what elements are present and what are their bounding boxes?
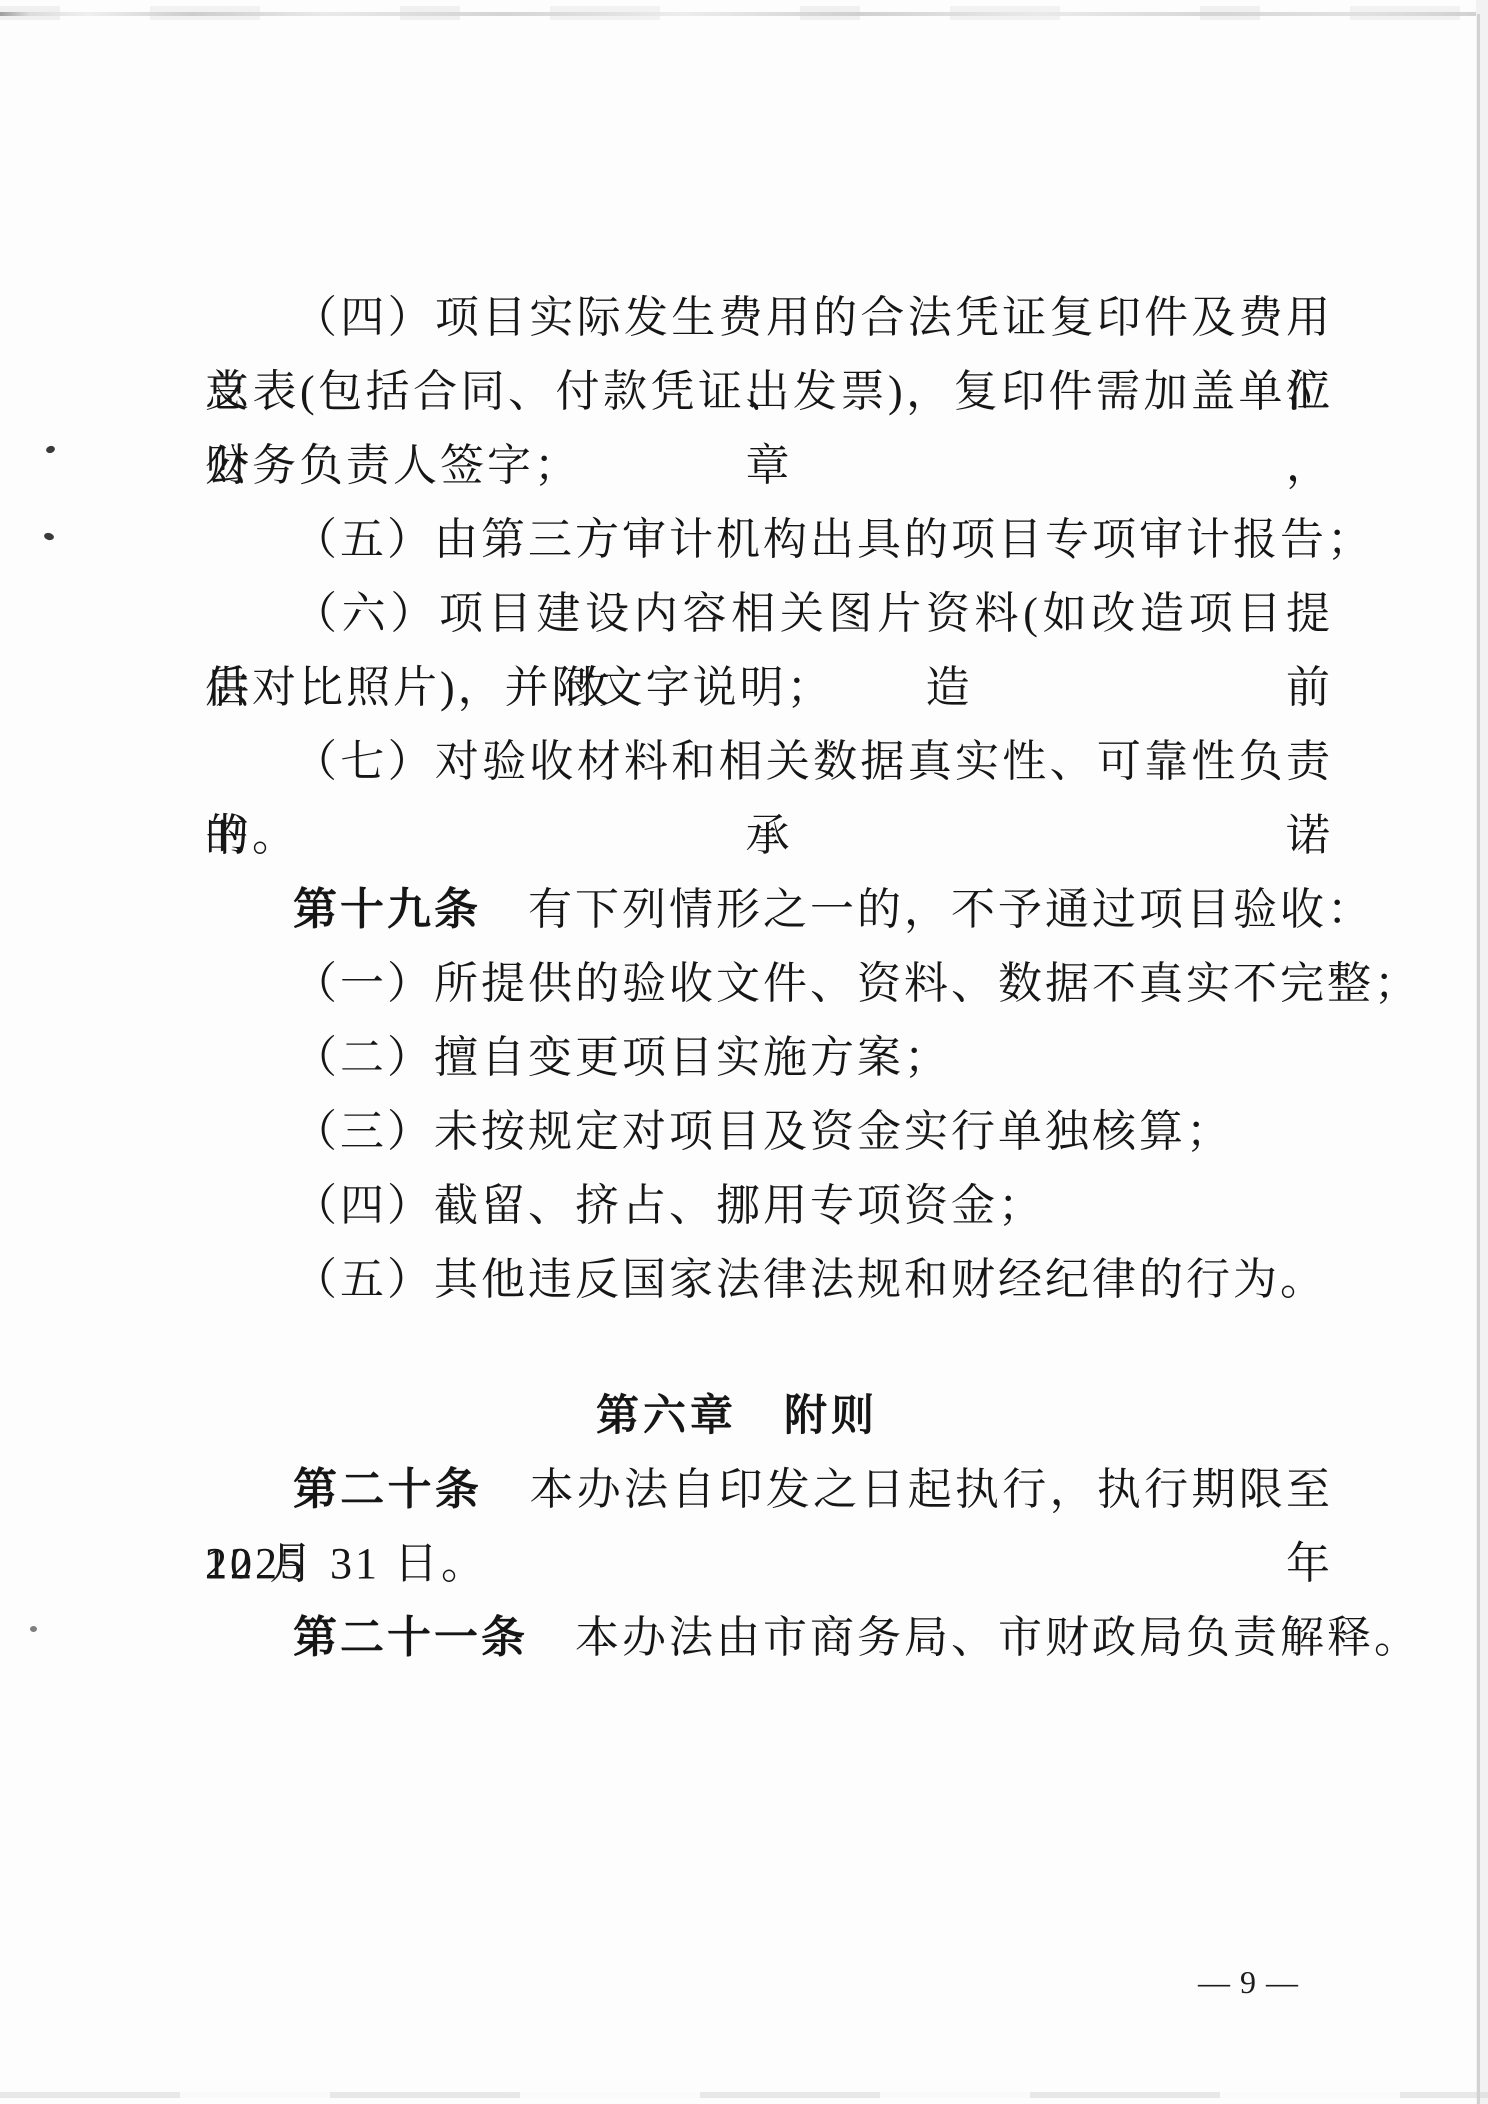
body-line-text: （七）对验收材料和相关数据真实性、可靠性负责的承诺 bbox=[205, 737, 1333, 860]
body-line-text: （三）未按规定对项目及资金实行单独核算； bbox=[293, 1107, 1233, 1156]
ink-speck bbox=[45, 445, 56, 455]
body-line-text: 财务负责人签字； bbox=[205, 441, 581, 490]
body-line-text: （一）所提供的验收文件、资料、数据不真实不完整； bbox=[293, 959, 1421, 1008]
scan-edge-right-line bbox=[1477, 14, 1480, 2104]
article-21-line: 第二十一条 本办法由市商务局、市财政局负责解释。 bbox=[205, 1601, 1333, 1675]
scan-edge-top bbox=[0, 12, 1482, 16]
body-line: （六）项目建设内容相关图片资料(如改造项目提供改造前 bbox=[205, 577, 1333, 651]
article-20-line: 第二十条 本办法自印发之日起执行，执行期限至 2025 年 bbox=[205, 1453, 1333, 1527]
article-19-line: 第十九条 有下列情形之一的，不予通过项目验收： bbox=[205, 873, 1333, 947]
body-line: （五）由第三方审计机构出具的项目专项审计报告； bbox=[205, 503, 1333, 577]
body-line-text: （四）截留、挤占、挪用专项资金； bbox=[293, 1181, 1045, 1230]
body-line-text: 书。 bbox=[205, 811, 299, 860]
body-line-text: 有下列情形之一的，不予通过项目验收： bbox=[481, 885, 1374, 934]
scan-edge-bottom bbox=[0, 2092, 1488, 2098]
document-body: （四）项目实际发生费用的合法凭证复印件及费用支出汇 总表(包括合同、付款凭证、发… bbox=[205, 281, 1333, 1675]
body-line: （一）所提供的验收文件、资料、数据不真实不完整； bbox=[205, 947, 1333, 1021]
article-number: 第二十一条 bbox=[293, 1613, 528, 1662]
ink-speck bbox=[30, 1626, 37, 1632]
article-number: 第二十条 bbox=[293, 1465, 482, 1514]
body-line: （二）擅自变更项目实施方案； bbox=[205, 1021, 1333, 1095]
body-line-text: （五）其他违反国家法律法规和财经纪律的行为。 bbox=[293, 1255, 1327, 1304]
body-line: （五）其他违反国家法律法规和财经纪律的行为。 bbox=[205, 1243, 1333, 1317]
article-number: 第十九条 bbox=[293, 885, 481, 934]
body-line-text: （五）由第三方审计机构出具的项目专项审计报告； bbox=[293, 515, 1374, 564]
page-number: — 9 — bbox=[1198, 1962, 1299, 2002]
body-line: （三）未按规定对项目及资金实行单独核算； bbox=[205, 1095, 1333, 1169]
body-line-text: 后对比照片)，并附文字说明； bbox=[205, 663, 834, 712]
scanned-document-page: （四）项目实际发生费用的合法凭证复印件及费用支出汇 总表(包括合同、付款凭证、发… bbox=[0, 0, 1488, 2104]
body-line: 总表(包括合同、付款凭证、发票)，复印件需加盖单位公章， bbox=[205, 355, 1333, 429]
body-line: （四）项目实际发生费用的合法凭证复印件及费用支出汇 bbox=[205, 281, 1333, 355]
body-line: （四）截留、挤占、挪用专项资金； bbox=[205, 1169, 1333, 1243]
ink-speck bbox=[43, 532, 54, 541]
body-line-text: 本办法由市商务局、市财政局负责解释。 bbox=[528, 1613, 1421, 1662]
body-line-text: 12 月 31 日。 bbox=[205, 1539, 488, 1588]
chapter-heading: 第六章 附则 bbox=[173, 1379, 1301, 1453]
body-line: （七）对验收材料和相关数据真实性、可靠性负责的承诺 bbox=[205, 725, 1333, 799]
body-line-text: （二）擅自变更项目实施方案； bbox=[293, 1033, 951, 1082]
